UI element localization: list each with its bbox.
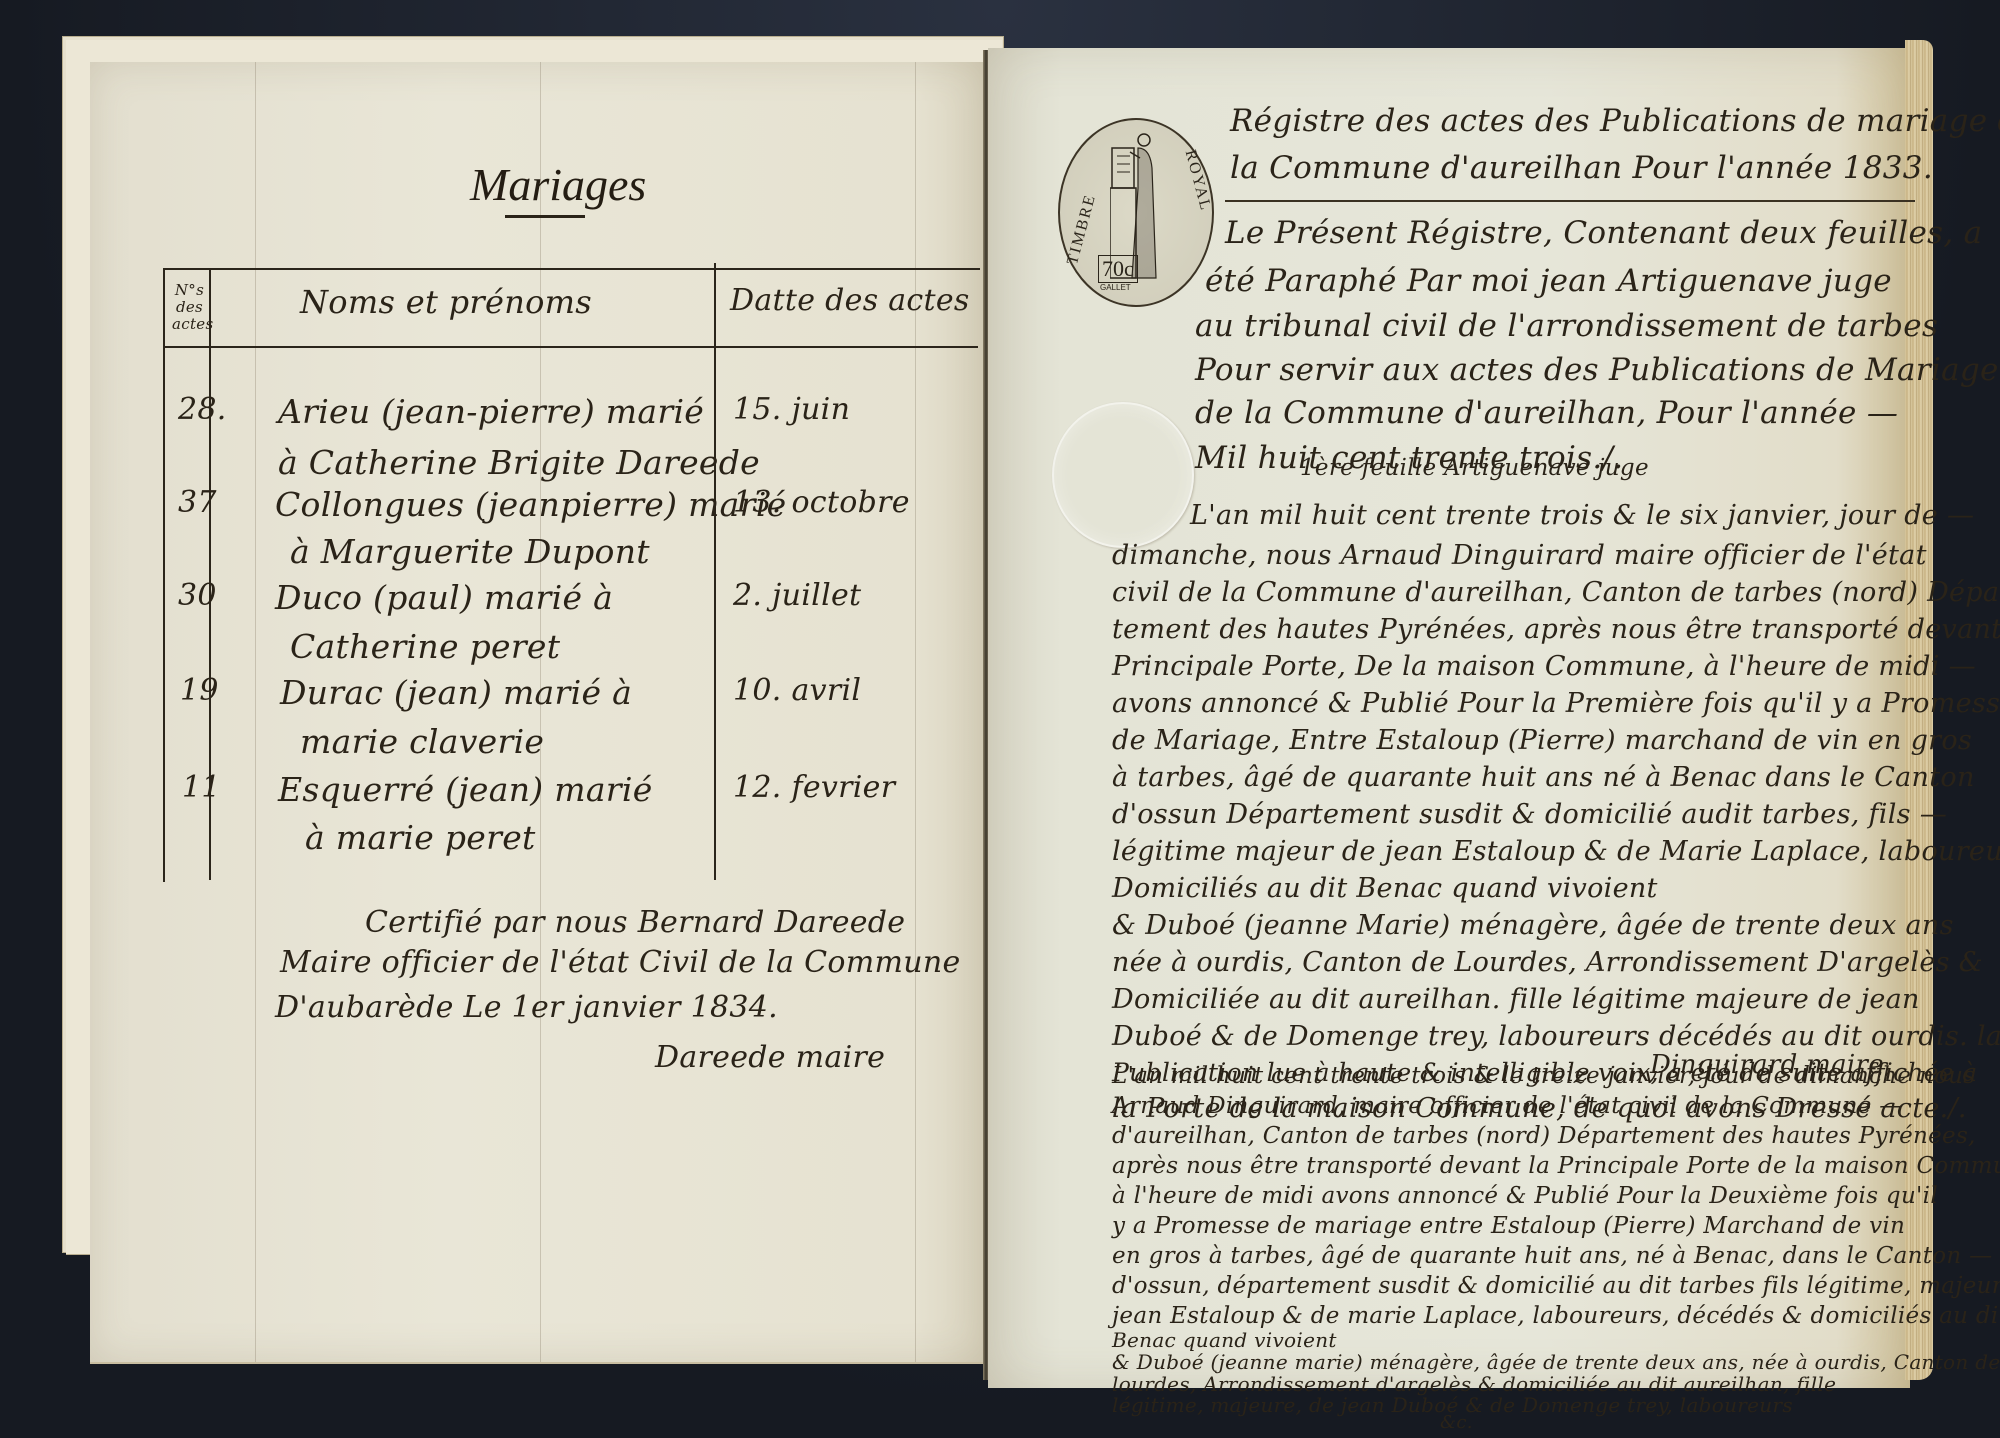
row-name-line-2: à Marguerite Dupont bbox=[290, 532, 650, 571]
folio-note-text: 1ère feuille Artiguenave juge bbox=[1300, 455, 1649, 481]
row-name-line-1: Durac (jean) marié à bbox=[280, 673, 632, 712]
act2-etc: &c. bbox=[1440, 1412, 1473, 1433]
row-number: 30 bbox=[178, 578, 217, 613]
act1-line: civil de la Commune d'aureilhan, Canton … bbox=[1112, 577, 2000, 608]
row-name-line-2: marie claverie bbox=[300, 722, 544, 761]
act2-line: après nous être transporté devant la Pri… bbox=[1112, 1153, 2000, 1179]
act1-line: Duboé & de Domenge trey, laboureurs décé… bbox=[1112, 1021, 2000, 1052]
act2-line: à l'heure de midi avons annoncé & Publié… bbox=[1112, 1183, 1938, 1209]
row-date: 2. juillet bbox=[733, 578, 861, 613]
title-underline bbox=[505, 215, 585, 218]
act2-line: d'ossun, département susdit & domicilié … bbox=[1112, 1273, 2000, 1299]
row-name-line-2: Catherine peret bbox=[290, 627, 560, 666]
act1-line: & Duboé (jeanne Marie) ménagère, âgée de… bbox=[1112, 910, 1954, 941]
row-date: 12. fevrier bbox=[733, 770, 895, 805]
row-name-line-1: Arieu (jean-pierre) marié bbox=[278, 392, 704, 431]
header-number-line-1: N°s bbox=[172, 282, 207, 299]
act1-line: avons annoncé & Publié Pour la Première … bbox=[1112, 688, 2000, 719]
header-date: Datte des actes bbox=[730, 283, 970, 318]
table-header-rule bbox=[163, 346, 978, 348]
row-number: 37 bbox=[178, 485, 217, 520]
row-name-line-1: Collongues (jeanpierre) marié bbox=[275, 485, 786, 524]
stamp-value: 70c bbox=[1098, 255, 1138, 283]
act1-line: légitime majeur de jean Estaloup & de Ma… bbox=[1112, 836, 2000, 867]
certification-line-2: Maire officier de l'état Civil de la Com… bbox=[280, 945, 961, 980]
act2-line: d'aureilhan, Canton de tarbes (nord) Dép… bbox=[1112, 1123, 1976, 1149]
table-column-divider bbox=[714, 263, 716, 880]
register-heading-line-2: la Commune d'aureilhan Pour l'année 1833… bbox=[1230, 150, 1933, 186]
row-name-line-1: Duco (paul) marié à bbox=[275, 578, 613, 617]
act1-line: de Mariage, Entre Estaloup (Pierre) marc… bbox=[1112, 725, 1972, 756]
preamble-line: au tribunal civil de l'arrondissement de… bbox=[1195, 308, 1938, 344]
act2-line: jean Estaloup & de marie Laplace, labour… bbox=[1112, 1303, 2000, 1329]
act1-line: née à ourdis, Canton de Lourdes, Arrondi… bbox=[1112, 947, 1983, 978]
heading-rule bbox=[1225, 200, 1915, 202]
act1-line: Principale Porte, De la maison Commune, … bbox=[1112, 651, 1976, 682]
preamble-line: Le Présent Régistre, Contenant deux feui… bbox=[1225, 215, 1982, 251]
act1-line: Domiciliée au dit aureilhan. fille légit… bbox=[1112, 984, 1920, 1015]
header-act-number: N°s des actes bbox=[172, 282, 207, 333]
embossed-seal bbox=[1052, 402, 1194, 548]
act2-line: Benac quand vivoient bbox=[1112, 1328, 1337, 1352]
row-number: 19 bbox=[180, 673, 219, 708]
row-name-line-2: à marie peret bbox=[305, 818, 536, 857]
act2-line: en gros à tarbes, âgé de quarante huit a… bbox=[1112, 1243, 1992, 1269]
row-number: 11 bbox=[182, 770, 221, 805]
act1-line: L'an mil huit cent trente trois & le six… bbox=[1190, 500, 1974, 531]
row-name-line-1: Esquerré (jean) marié bbox=[278, 770, 653, 809]
act1-line: tement des hautes Pyrénées, après nous ê… bbox=[1112, 614, 2000, 645]
page-title-mariages: Mariages bbox=[470, 158, 646, 211]
certification-line-3: D'aubarède Le 1er janvier 1834. bbox=[275, 990, 778, 1025]
act1-line: d'ossun Département susdit & domicilié a… bbox=[1112, 799, 1947, 830]
act2-line: L'an mil huit cent trente trois & le tre… bbox=[1112, 1063, 1975, 1089]
row-number: 28. bbox=[178, 392, 227, 427]
preamble-line: été Paraphé Par moi jean Artiguenave jug… bbox=[1205, 263, 1892, 299]
mayor-signature: Dareede maire bbox=[655, 1040, 885, 1075]
preamble-line: de la Commune d'aureilhan, Pour l'année … bbox=[1195, 395, 1898, 431]
header-number-line-2: des bbox=[172, 299, 207, 316]
row-date: 15. juin bbox=[733, 392, 850, 427]
preamble-line: Pour servir aux actes des Publications d… bbox=[1195, 352, 1999, 388]
header-number-line-3: actes bbox=[172, 316, 207, 333]
act1-line: Domiciliés au dit Benac quand vivoient bbox=[1112, 873, 1658, 904]
register-heading-line-1: Régistre des actes des Publications de m… bbox=[1230, 103, 2000, 139]
row-name-line-2: à Catherine Brigite Dareede bbox=[278, 443, 760, 482]
act1-line: à tarbes, âgé de quarante huit ans né à … bbox=[1112, 762, 1975, 793]
row-date: 13. octobre bbox=[733, 485, 910, 520]
act1-line: dimanche, nous Arnaud Dinguirard maire o… bbox=[1112, 540, 1927, 571]
row-date: 10. avril bbox=[733, 673, 861, 708]
act2-line: Arnaud Dinguirard, maire officier de l'é… bbox=[1112, 1093, 1903, 1119]
stamp-maker: GALLET bbox=[1100, 283, 1131, 292]
header-names: Noms et prénoms bbox=[300, 283, 592, 321]
act2-line: & Duboé (jeanne marie) ménagère, âgée de… bbox=[1112, 1350, 2000, 1374]
act2-line: y a Promesse de mariage entre Estaloup (… bbox=[1112, 1213, 1905, 1239]
certification-line-1: Certifié par nous Bernard Dareede bbox=[365, 905, 905, 940]
